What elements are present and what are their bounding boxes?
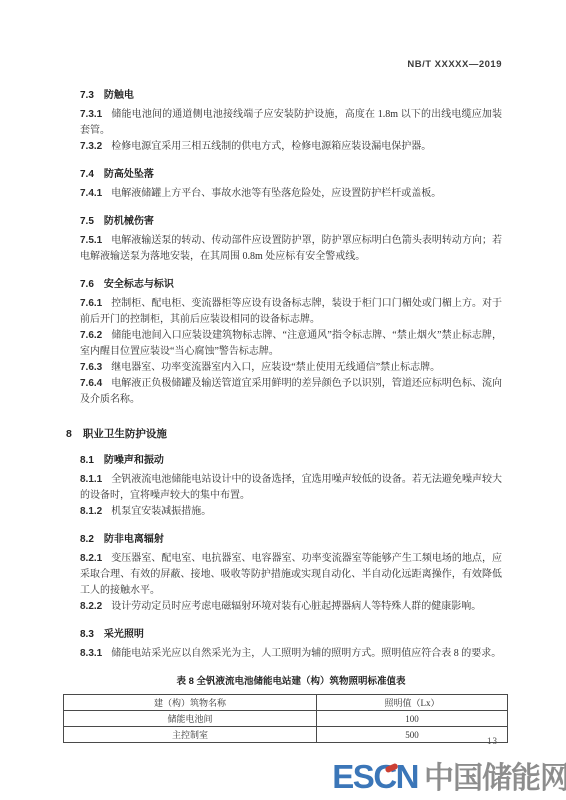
- table-cell-building: 储能电池间: [64, 711, 317, 727]
- clause-number: 7.5.1: [80, 235, 102, 246]
- clause-number: 8.2.2: [80, 601, 102, 612]
- clause-text: 储能电池间入口应装设建筑物标志牌、“注意通风”指令标志牌、“禁止烟火”禁止标志牌…: [80, 330, 502, 357]
- clause-number: 8.2.1: [80, 553, 102, 564]
- clause-text: 继电器室、功率变流器室内入口，应装设“禁止使用无线通信”禁止标志牌。: [111, 362, 440, 373]
- section-title: 防非电离辐射: [104, 534, 164, 545]
- table-header-illumination-value: 照明值（Lx）: [317, 695, 508, 711]
- section-heading-8-3: 8.3采光照明: [80, 625, 502, 640]
- section-number: 7.3: [80, 90, 94, 101]
- clause-7-3-2: 7.3.2检修电源宜采用三相五线制的供电方式，检修电源箱应装设漏电保护器。: [80, 139, 502, 155]
- table-header-row: 建（构）筑物名称 照明值（Lx）: [64, 695, 508, 711]
- table-caption: 表 8 全钒液流电池储能电站建（构）筑物照明标准值表: [80, 673, 502, 687]
- clause-text: 变压器室、配电室、电抗器室、电容器室、功率变流器室等能够产生工频电场的地点，应采…: [80, 553, 502, 596]
- table-cell-value: 500: [317, 727, 508, 743]
- section-heading-7-6: 7.6安全标志与标识: [80, 275, 502, 290]
- page-number: 13: [487, 736, 498, 746]
- clause-number: 8.3.1: [80, 648, 102, 659]
- clause-text: 全钒液流电池储能电站设计中的设备选择，宜选用噪声较低的设备。若无法避免噪声较大的…: [80, 474, 502, 501]
- section-title: 防触电: [104, 90, 134, 101]
- clause-7-3-1: 7.3.1储能电池间的通道侧电池接线端子应安装防护设施，高度在 1.8m 以下的…: [80, 107, 502, 139]
- clause-number: 7.3.2: [80, 141, 102, 152]
- clause-number: 7.6.4: [80, 378, 102, 389]
- clause-text: 电解液正负极储罐及输送管道宜采用鲜明的差异颜色予以识别，管道还应标明色标、流向及…: [80, 378, 502, 405]
- clause-8-1-2: 8.1.2机泵宜安装减振措施。: [80, 504, 502, 520]
- clause-number: 7.4.1: [80, 188, 102, 199]
- document-page: NB/T XXXXX—2019 7.3防触电 7.3.1储能电池间的通道侧电池接…: [0, 0, 566, 800]
- table-row: 主控制室 500: [64, 727, 508, 743]
- section-heading-7-3: 7.3防触电: [80, 86, 502, 101]
- table-cell-building: 主控制室: [64, 727, 317, 743]
- table-header-building-name: 建（构）筑物名称: [64, 695, 317, 711]
- logo-text-n: N: [396, 758, 418, 795]
- section-number: 7.6: [80, 279, 94, 290]
- clause-8-2-2: 8.2.2设计劳动定员时应考虑电磁辐射环境对装有心脏起搏器病人等特殊人群的健康影…: [80, 599, 502, 615]
- clause-7-6-4: 7.6.4电解液正负极储罐及输送管道宜采用鲜明的差异颜色予以识别，管道还应标明色…: [80, 376, 502, 408]
- clause-number: 7.6.2: [80, 330, 102, 341]
- clause-text: 电解液储罐上方平台、事故水池等有坠落危险处，应设置防护栏杆或盖板。: [111, 188, 441, 199]
- clause-7-6-1: 7.6.1控制柜、配电柜、变流器柜等应设有设备标志牌，装设于柜门口门楣处或门楣上…: [80, 296, 502, 328]
- clause-text: 储能电池间的通道侧电池接线端子应安装防护设施，高度在 1.8m 以下的出线电缆应…: [80, 109, 502, 136]
- logo-text-es: ES: [332, 758, 373, 795]
- clause-number: 8.1.2: [80, 506, 102, 517]
- clause-8-2-1: 8.2.1变压器室、配电室、电抗器室、电容器室、功率变流器室等能够产生工频电场的…: [80, 551, 502, 599]
- clause-text: 储能电站采光应以自然采光为主，人工照明为辅的照明方式。照明值应符合表 8 的要求…: [111, 648, 501, 659]
- chapter-title: 职业卫生防护设施: [83, 428, 167, 440]
- clause-7-6-2: 7.6.2储能电池间入口应装设建筑物标志牌、“注意通风”指令标志牌、“禁止烟火”…: [80, 328, 502, 360]
- clause-number: 7.3.1: [80, 109, 102, 120]
- clause-text: 设计劳动定员时应考虑电磁辐射环境对装有心脏起搏器病人等特殊人群的健康影响。: [111, 601, 481, 612]
- logo-text-chinese: 中国储能网: [424, 762, 566, 795]
- logo-letter-c: C: [373, 760, 395, 794]
- document-content: 7.3防触电 7.3.1储能电池间的通道侧电池接线端子应安装防护设施，高度在 1…: [80, 86, 502, 743]
- section-title: 防噪声和振动: [104, 455, 164, 466]
- section-heading-8-2: 8.2防非电离辐射: [80, 530, 502, 545]
- section-number: 8.2: [80, 534, 94, 545]
- section-number: 7.5: [80, 216, 94, 227]
- chapter-heading-8: 8职业卫生防护设施: [66, 426, 502, 441]
- clause-text: 电解液输送泵的转动、传动部件应设置防护罩，防护罩应标明白色箭头表明转动方向；若电…: [80, 235, 502, 262]
- section-title: 防机械伤害: [104, 216, 154, 227]
- standard-number: NB/T XXXXX—2019: [407, 59, 502, 70]
- section-number: 7.4: [80, 169, 94, 180]
- section-title: 采光照明: [104, 629, 144, 640]
- clause-text: 控制柜、配电柜、变流器柜等应设有设备标志牌，装设于柜门口门楣处或门楣上方。对于前…: [80, 298, 502, 325]
- section-title: 防高处坠落: [104, 169, 154, 180]
- section-title: 安全标志与标识: [104, 279, 174, 290]
- section-heading-7-5: 7.5防机械伤害: [80, 212, 502, 227]
- chapter-number: 8: [66, 428, 72, 440]
- illumination-standard-table: 建（构）筑物名称 照明值（Lx） 储能电池间 100 主控制室 500: [63, 694, 508, 743]
- clause-7-6-3: 7.6.3继电器室、功率变流器室内入口，应装设“禁止使用无线通信”禁止标志牌。: [80, 360, 502, 376]
- clause-7-4-1: 7.4.1电解液储罐上方平台、事故水池等有坠落危险处，应设置防护栏杆或盖板。: [80, 186, 502, 202]
- clause-number: 7.6.3: [80, 362, 102, 373]
- clause-7-5-1: 7.5.1电解液输送泵的转动、传动部件应设置防护罩，防护罩应标明白色箭头表明转动…: [80, 233, 502, 265]
- clause-number: 8.1.1: [80, 474, 102, 485]
- clause-text: 机泵宜安装减振措施。: [111, 506, 211, 517]
- clause-number: 7.6.1: [80, 298, 102, 309]
- table-cell-value: 100: [317, 711, 508, 727]
- section-heading-7-4: 7.4防高处坠落: [80, 165, 502, 180]
- clause-8-3-1: 8.3.1储能电站采光应以自然采光为主，人工照明为辅的照明方式。照明值应符合表 …: [80, 646, 502, 662]
- escn-watermark-logo: ESCN中国储能网: [332, 760, 566, 800]
- section-number: 8.3: [80, 629, 94, 640]
- section-number: 8.1: [80, 455, 94, 466]
- table-row: 储能电池间 100: [64, 711, 508, 727]
- clause-text: 检修电源宜采用三相五线制的供电方式，检修电源箱应装设漏电保护器。: [111, 141, 431, 152]
- section-heading-8-1: 8.1防噪声和振动: [80, 451, 502, 466]
- clause-8-1-1: 8.1.1全钒液流电池储能电站设计中的设备选择，宜选用噪声较低的设备。若无法避免…: [80, 472, 502, 504]
